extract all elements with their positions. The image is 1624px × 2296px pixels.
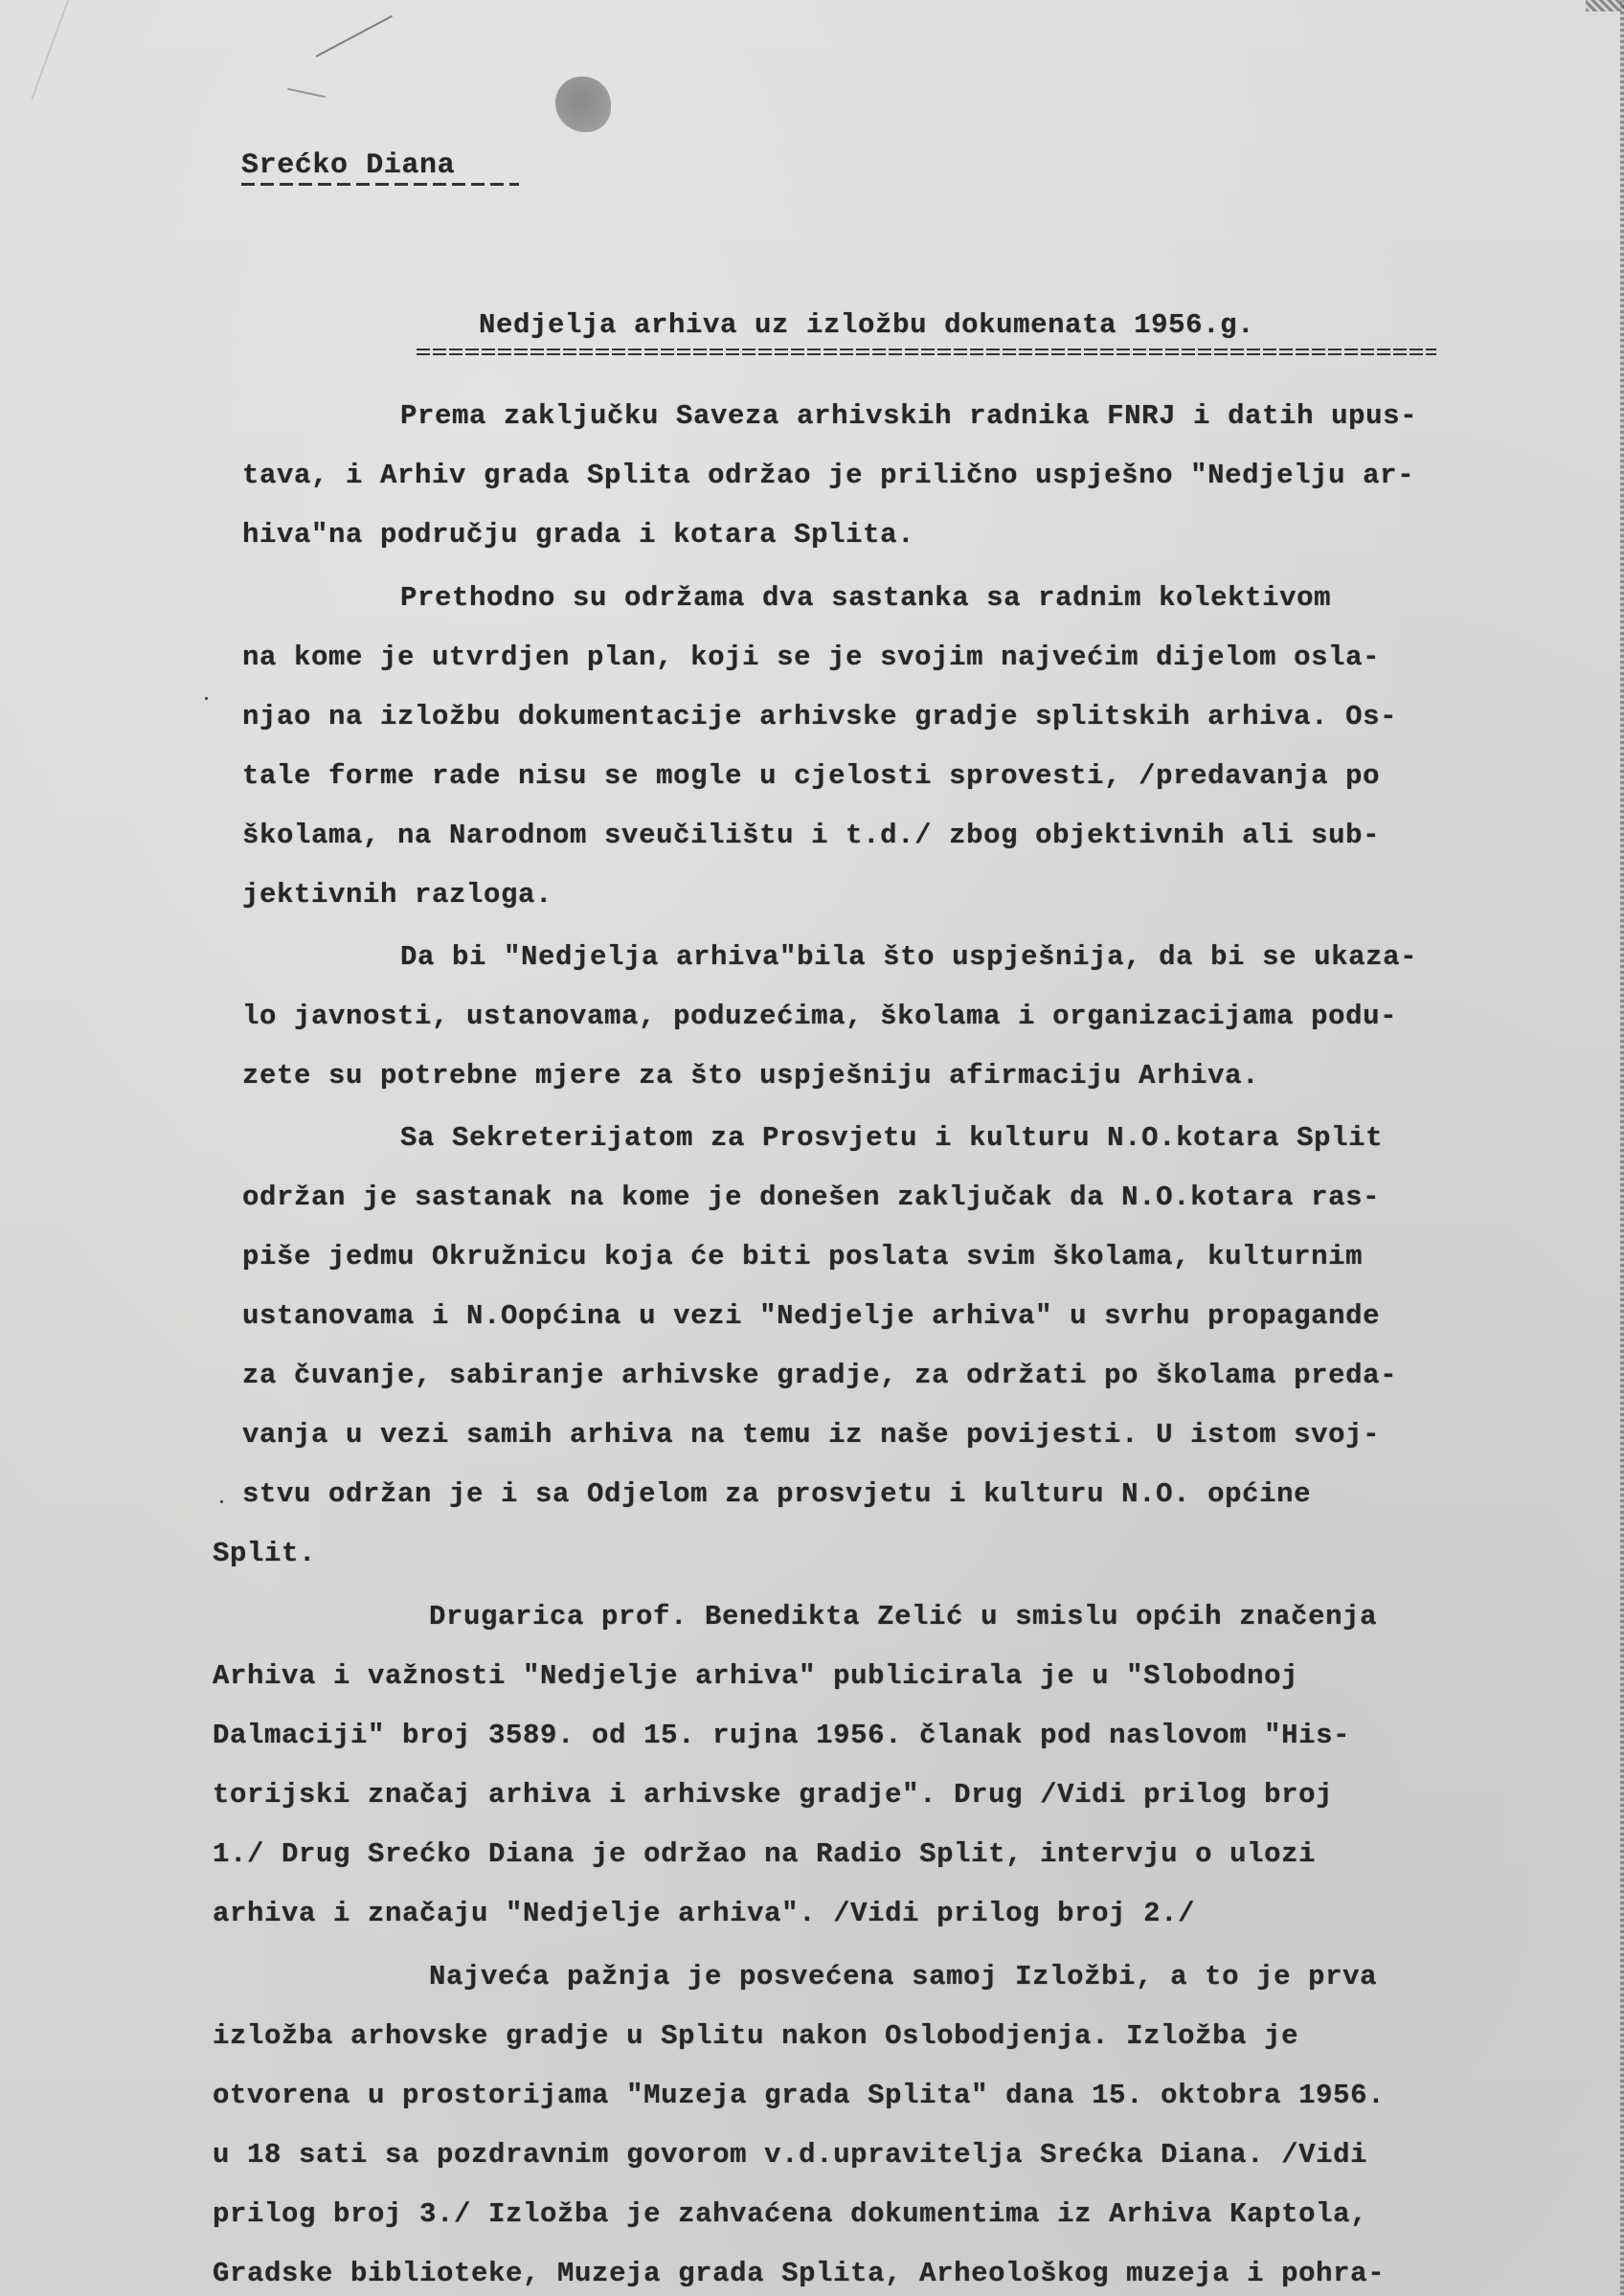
ink-stain xyxy=(555,77,611,132)
document-title: Nedjelja arhiva uz izložbu dokumenata 19… xyxy=(479,309,1254,341)
text-line: za čuvanje, sabiranje arhivske gradje, z… xyxy=(242,1360,1397,1391)
text-line: arhiva i značaju "Nedjelje arhiva". /Vid… xyxy=(213,1898,1195,1929)
text-line: izložba arhovske gradje u Splitu nakon O… xyxy=(213,2020,1298,2052)
text-line: tava, i Arhiv grada Splita održao je pri… xyxy=(242,460,1414,491)
text-line: Arhiva i važnosti "Nedjelje arhiva" publ… xyxy=(213,1660,1298,1692)
text-line: njao na izložbu dokumentacije arhivske g… xyxy=(242,701,1397,732)
page-corner xyxy=(1586,0,1624,11)
text-line: Najveća pažnja je posvećena samoj Izložb… xyxy=(429,1961,1377,1992)
text-line: u 18 sati sa pozdravnim govorom v.d.upra… xyxy=(213,2139,1367,2171)
text-line: Dalmaciji" broj 3589. od 15. rujna 1956.… xyxy=(213,1720,1350,1751)
text-line: ustanovama i N.Oopćina u vezi "Nedjelje … xyxy=(242,1300,1380,1332)
text-line: na kome je utvrdjen plan, koji se je svo… xyxy=(242,642,1380,673)
text-line: Drugarica prof. Benedikta Zelić u smislu… xyxy=(429,1601,1377,1632)
text-line: stvu održan je i sa Odjelom za prosvjetu… xyxy=(242,1478,1311,1510)
text-line: održan je sastanak na kome je donešen za… xyxy=(242,1182,1380,1213)
title-underline xyxy=(417,349,1436,355)
text-line: Split. xyxy=(213,1538,316,1569)
stray-mark xyxy=(205,697,208,700)
text-line: vanja u vezi samih arhiva na temu iz naš… xyxy=(242,1419,1380,1451)
text-line: tale forme rade nisu se mogle u cjelosti… xyxy=(242,760,1380,792)
text-line: Prema zaključku Saveza arhivskih radnika… xyxy=(400,400,1417,432)
text-line: zete su potrebne mjere za što uspješniju… xyxy=(242,1060,1259,1092)
text-line: hiva"na području grada i kotara Splita. xyxy=(242,519,914,551)
page-edge xyxy=(1620,0,1624,2296)
text-line: lo javnosti, ustanovama, poduzećima, ško… xyxy=(242,1001,1397,1032)
text-line: piše jedmu Okružnicu koja će biti poslat… xyxy=(242,1241,1363,1272)
text-line: Da bi "Nedjelja arhiva"bila što uspješni… xyxy=(400,941,1417,973)
text-line: jektivnih razloga. xyxy=(242,879,553,911)
text-line: školama, na Narodnom sveučilištu i t.d./… xyxy=(242,820,1380,851)
text-line: torijski značaj arhiva i arhivske gradje… xyxy=(213,1779,1333,1811)
text-line: prilog broj 3./ Izložba je zahvaćena dok… xyxy=(213,2198,1367,2230)
author-underline xyxy=(241,183,519,186)
text-line: 1./ Drug Srećko Diana je održao na Radio… xyxy=(213,1838,1316,1870)
text-line: Sa Sekreterijatom za Prosvjetu i kulturu… xyxy=(400,1122,1383,1154)
text-line: Prethodno su održama dva sastanka sa rad… xyxy=(400,582,1331,614)
author-name: Srećko Diana xyxy=(241,149,455,182)
text-line: Gradske biblioteke, Muzeja grada Splita,… xyxy=(213,2258,1385,2289)
text-line: otvorena u prostorijama "Muzeja grada Sp… xyxy=(213,2080,1385,2111)
stray-mark xyxy=(220,1500,223,1503)
